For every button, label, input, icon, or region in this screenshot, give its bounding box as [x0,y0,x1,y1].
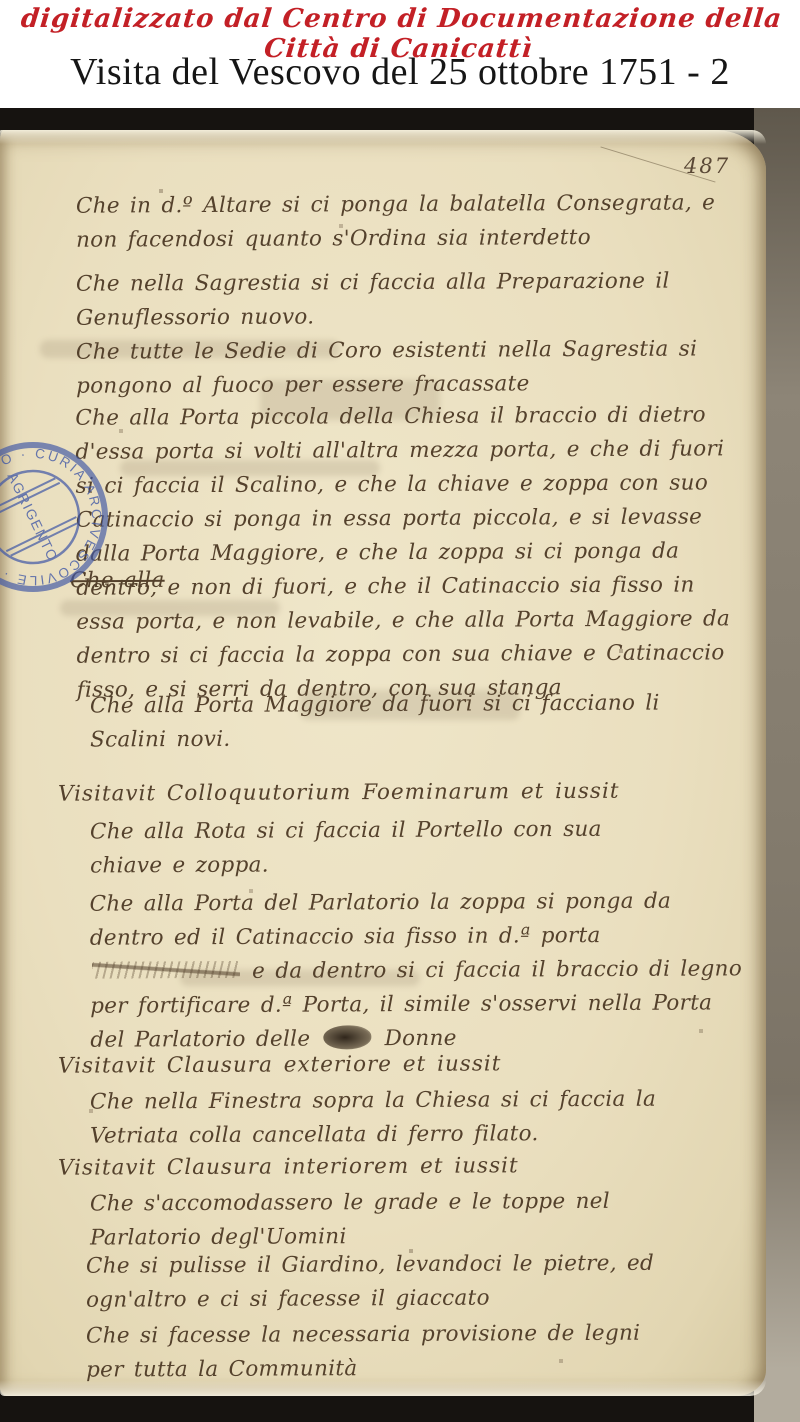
stamp-ring-text: ARCHIVIO · CURIA ARCIVESCOVILE · [0,431,119,603]
manuscript-entry: Che nella Finestra sopra la Chiesa si ci… [90,1082,710,1153]
manuscript-entry: Che tutte le Sedie di Coro esistenti nel… [76,332,736,403]
entry-text: Che alla Porta del Parlatorio la zoppa s… [90,889,672,951]
latin-heading: Visitavit Colloquutorium Foeminarum et i… [58,774,698,811]
folio-number: 487 [684,154,730,178]
manuscript-entry: Che alla Porta Maggiore da fuori si ci f… [90,686,670,757]
manuscript-entry: Che si facesse la necessaria provisione … [86,1316,686,1387]
latin-heading: Visitavit Clausura interiorem et iussit [58,1148,698,1185]
ink-blot [323,1025,371,1049]
stamp-center-text: AGRIGENTO [4,470,61,564]
document-page: digitalizzato dal Centro di Documentazio… [0,0,800,1422]
manuscript-entry: Che nella Sagrestia si ci faccia alla Pr… [76,264,731,335]
page-title: Visita del Vescovo del 25 ottobre 1751 -… [0,50,800,94]
latin-heading: Visitavit Clausura exteriore et iussit [58,1046,698,1083]
manuscript-entry: Che alla Porta piccola della Chiesa il b… [75,398,742,707]
manuscript-entry: Che alla Porta del Parlatorio la zoppa s… [90,884,746,1057]
manuscript-scan: 487 Che in d.º Altare si ci ponga la bal… [0,108,800,1422]
manuscript-entry: Che si pulisse il Giardino, levandoci le… [86,1246,746,1317]
manuscript-entry: Che alla Rota si ci faccia il Portello c… [90,813,650,884]
manuscript-entry: Che in d.º Altare si ci ponga la balatel… [76,186,731,257]
manuscript-entry: Che s'accomodassero le grade e le toppe … [90,1184,670,1255]
scribbled-out-words [92,961,240,979]
paper-speckles [0,130,2,132]
